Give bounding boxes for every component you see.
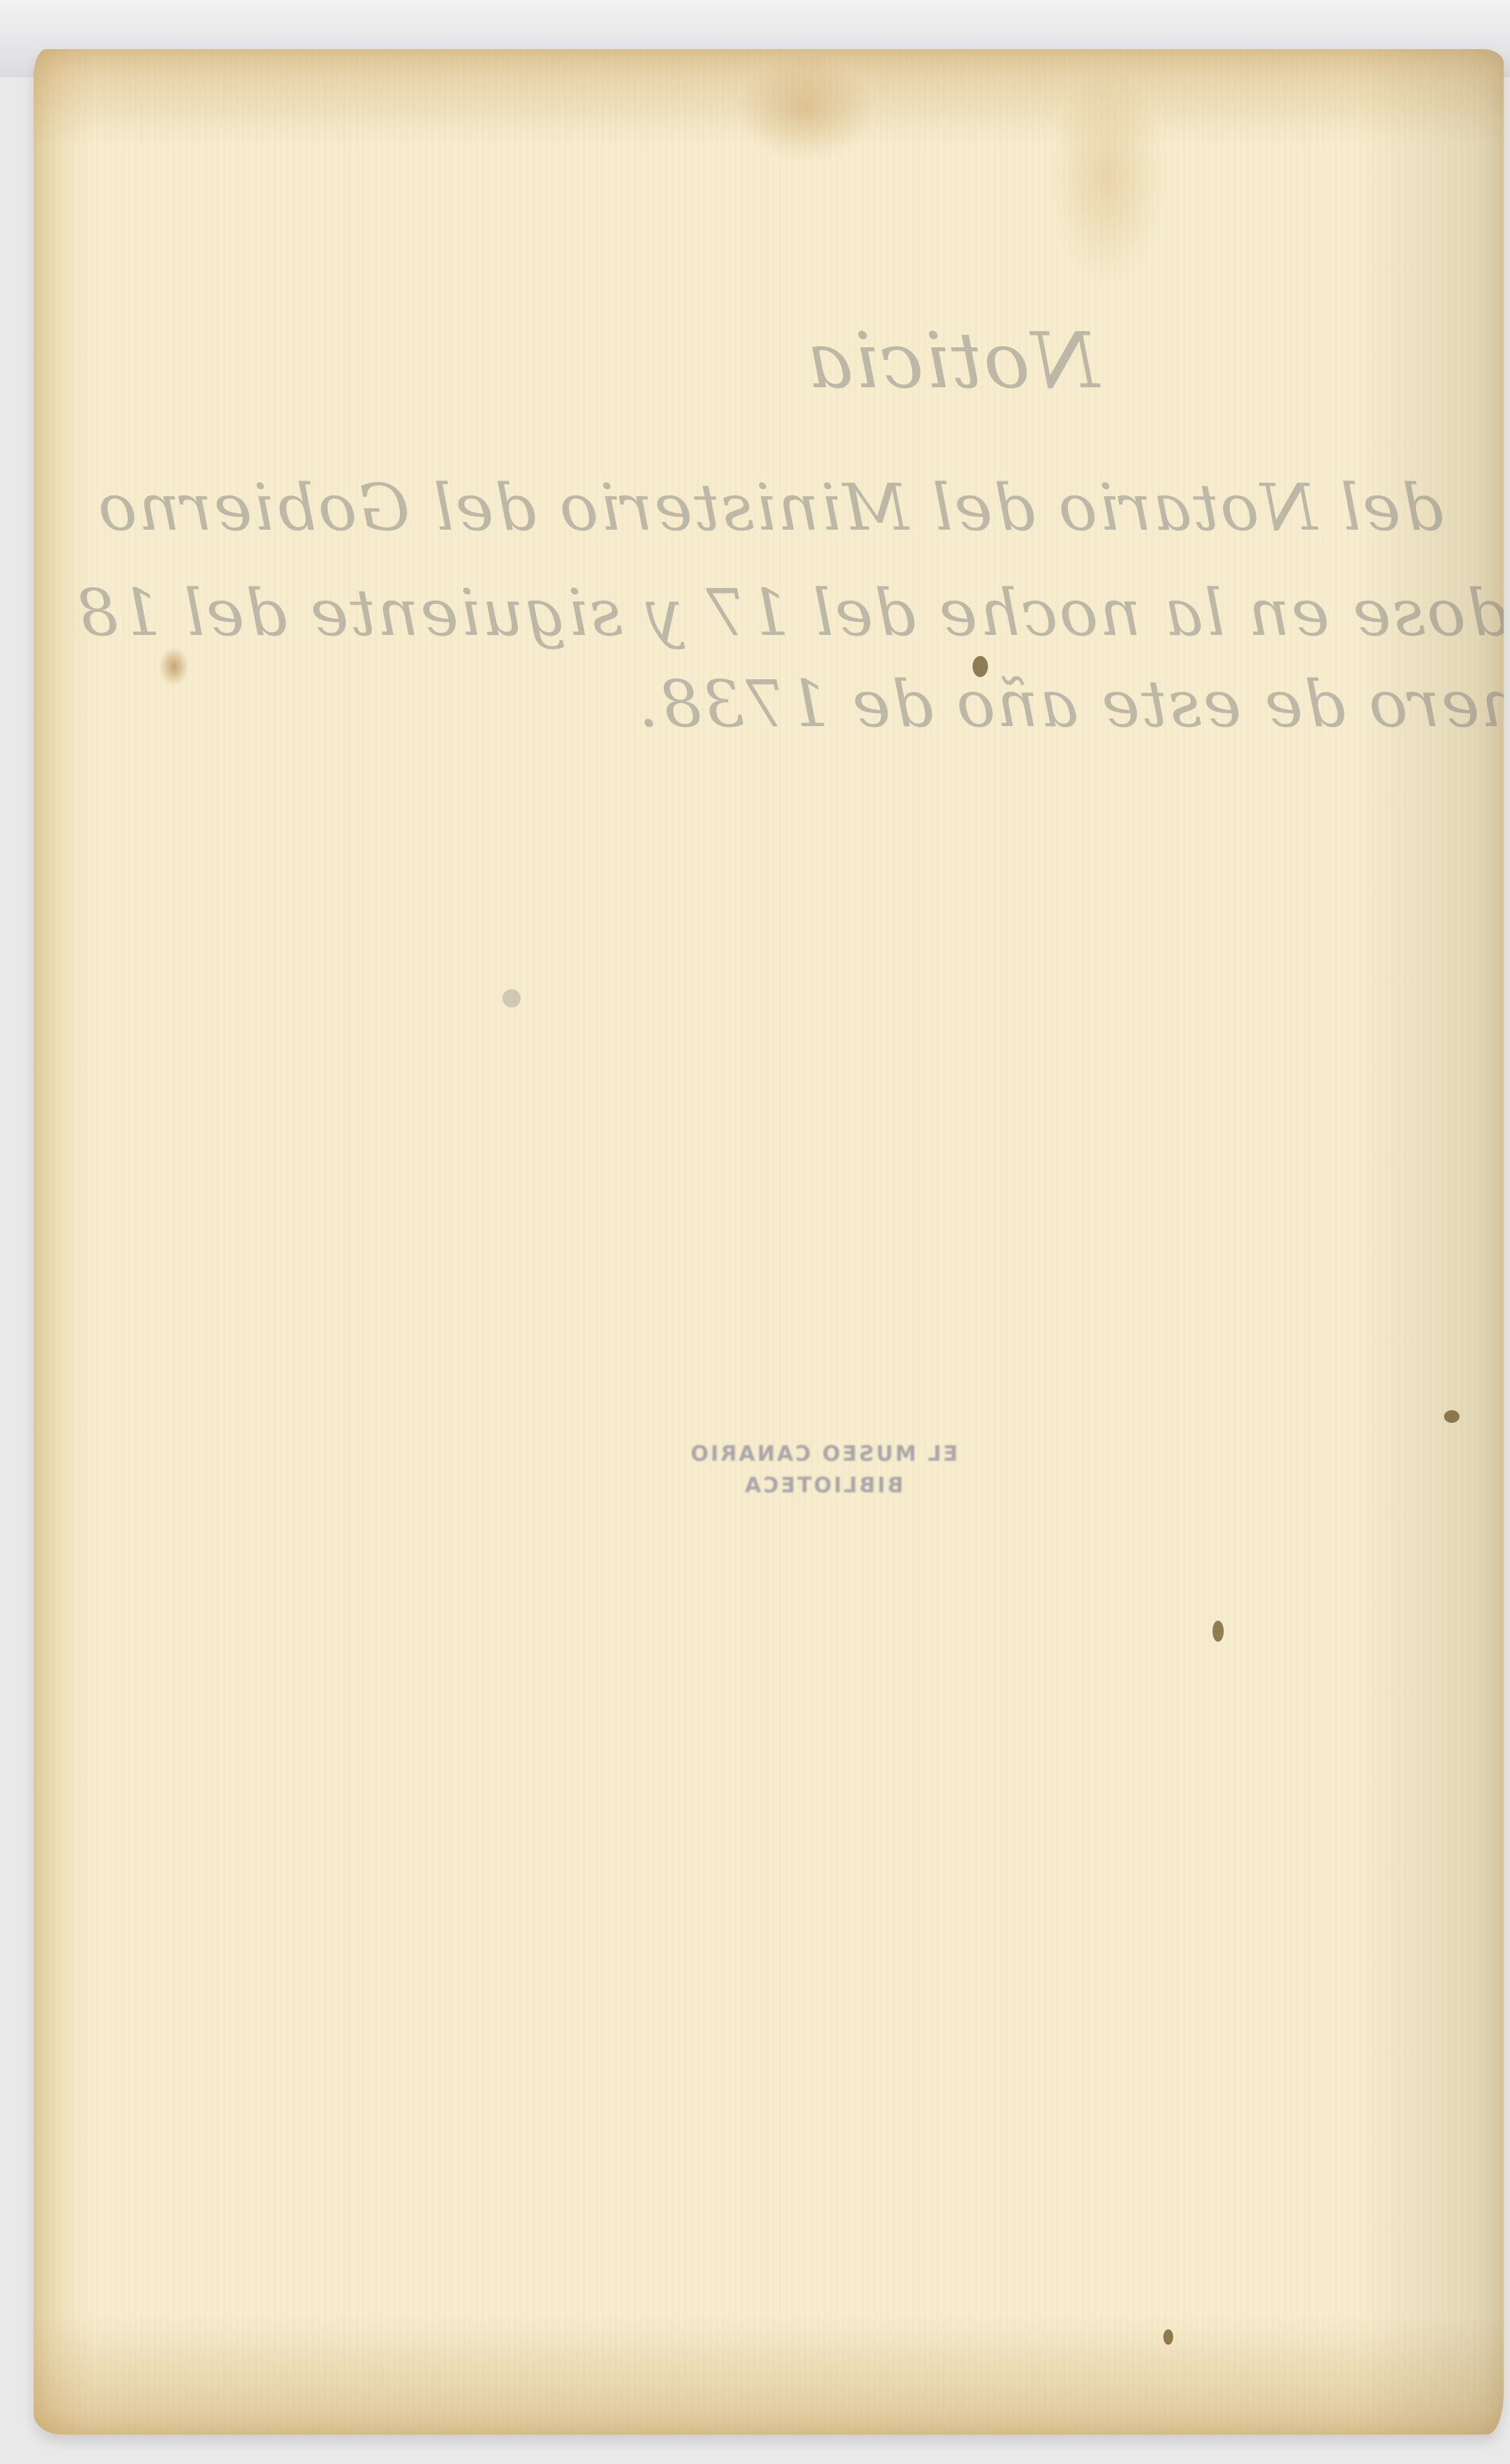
bleed-through-line: del Notario del Ministerio del Gobierno: [97, 470, 1443, 545]
bleed-through-line: Enero de este año de 1738.: [637, 667, 1504, 742]
debris-speck: [1444, 1410, 1459, 1423]
stamp-line: BIBLIOTECA: [669, 1473, 977, 1498]
bleed-through-line: habiéndose en la noche del 17 y siguient…: [76, 575, 1504, 650]
library-stamp: EL MUSEO CANARIO BIBLIOTECA: [669, 1442, 977, 1498]
bleed-through-title: Noticia: [806, 316, 1099, 406]
stain-spot: [502, 989, 521, 1007]
paper-page: Noticia del Notario del Ministerio del G…: [34, 49, 1504, 2435]
debris-speck: [1163, 2329, 1173, 2345]
ink-spot: [973, 656, 988, 677]
stamp-line: EL MUSEO CANARIO: [669, 1442, 977, 1466]
debris-speck: [1212, 1621, 1224, 1642]
